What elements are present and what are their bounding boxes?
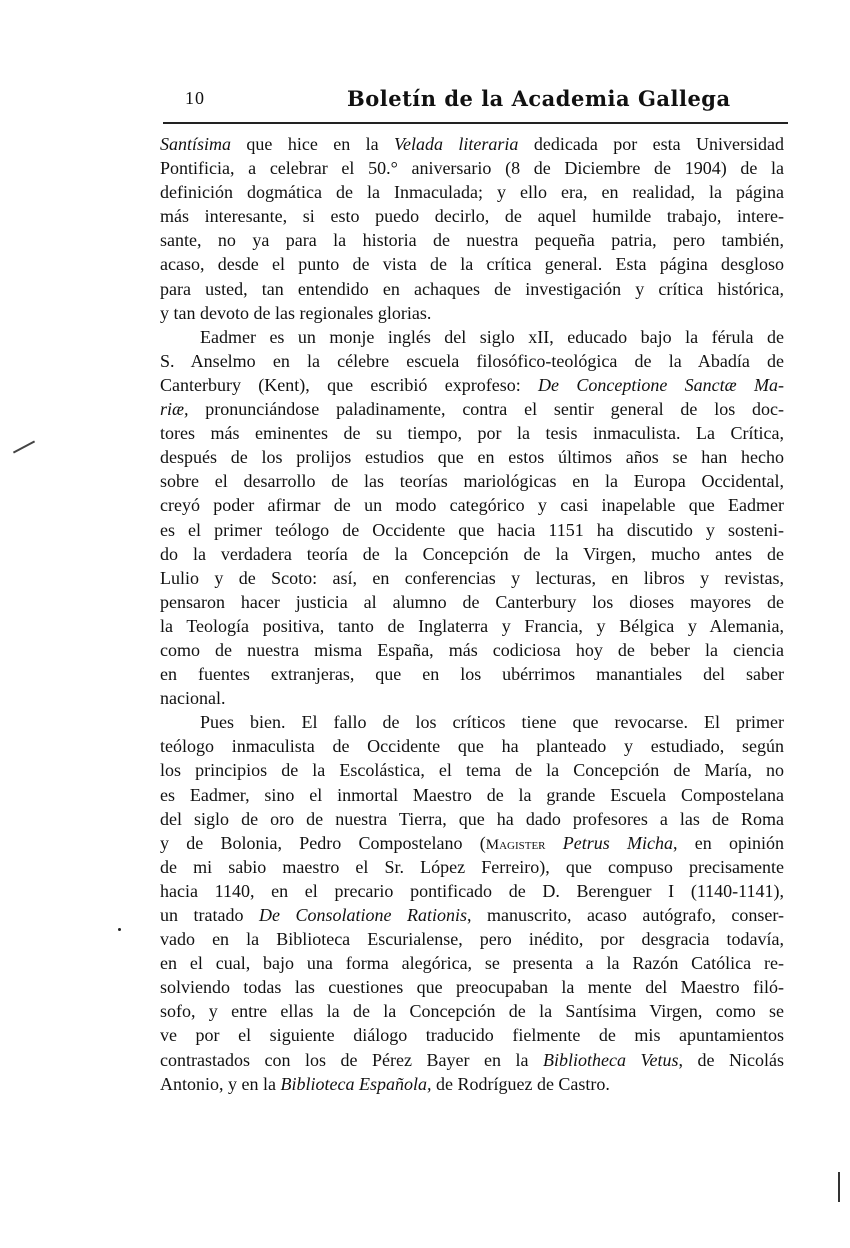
text-segment: como de nuestra misma España, más codici…: [160, 640, 784, 660]
text-segment: de mi sabio maestro el Sr. López Ferreir…: [160, 857, 784, 877]
text-line: en el cual, bajo una forma alegórica, se…: [160, 951, 784, 975]
text-segment: pronunciándose paladinamente, contra el …: [189, 399, 784, 419]
text-line: acaso, desde el punto de vista de la crí…: [160, 252, 784, 276]
text-segment: más interesante, si esto puedo decirlo, …: [160, 206, 784, 226]
text-line: do la verdadera teoría de la Concepción …: [160, 542, 784, 566]
text-segment: sante, no ya para la historia de nuestra…: [160, 230, 784, 250]
text-segment: de Rodríguez de Castro.: [431, 1074, 609, 1094]
text-segment: es el primer teólogo de Occidente que ha…: [160, 520, 784, 540]
text-segment: definición dogmática de la Inmaculada; y…: [160, 182, 784, 202]
text-segment: contrastados con los de Pérez Bayer en l…: [160, 1050, 543, 1070]
text-segment: es Eadmer, sino el inmortal Maestro de l…: [160, 785, 784, 805]
italic-text: Santísima: [160, 134, 231, 154]
page-header: 10 Boletín de la Academia Gallega: [163, 86, 788, 118]
text-segment: del siglo de oro de nuestra Tierra, que …: [160, 809, 784, 829]
text-line: y de Bolonia, Pedro Compostelano (Magist…: [160, 831, 784, 855]
text-line: en fuentes extranjeras, que en los ubérr…: [160, 662, 784, 686]
text-line: solviendo todas las cuestiones que preoc…: [160, 975, 784, 999]
text-line: después de los prolijos estudios que en …: [160, 445, 784, 469]
text-line: S. Anselmo en la célebre escuela filosóf…: [160, 349, 784, 373]
text-segment: Eadmer es un monje inglés del siglo xII,…: [200, 327, 784, 347]
text-segment: Pontificia, a celebrar el 50.° aniversar…: [160, 158, 784, 178]
text-line: más interesante, si esto puedo decirlo, …: [160, 204, 784, 228]
text-line: Antonio, y en la Biblioteca Española, de…: [160, 1072, 784, 1096]
text-segment: Antonio, y en la: [160, 1074, 280, 1094]
text-line: creyó poder afirmar de un modo categóric…: [160, 493, 784, 517]
margin-scan-mark: [13, 440, 35, 453]
text-line: de mi sabio maestro el Sr. López Ferreir…: [160, 855, 784, 879]
text-line: es el primer teólogo de Occidente que ha…: [160, 518, 784, 542]
italic-text: Petrus Micha: [563, 833, 673, 853]
text-segment: después de los prolijos estudios que en …: [160, 447, 784, 467]
text-line: Pues bien. El fallo de los críticos tien…: [160, 710, 784, 734]
text-line: del siglo de oro de nuestra Tierra, que …: [160, 807, 784, 831]
text-segment: tores más eminentes de su tiempo, por la…: [160, 423, 784, 443]
text-line: es Eadmer, sino el inmortal Maestro de l…: [160, 783, 784, 807]
text-line: la Teología positiva, tanto de Inglaterr…: [160, 614, 784, 638]
text-segment: los principios de la Escolástica, el tem…: [160, 760, 784, 780]
text-segment: sofo, y entre ellas la de la Concepción …: [160, 1001, 784, 1021]
text-line: los principios de la Escolástica, el tem…: [160, 758, 784, 782]
running-title: Boletín de la Academia Gallega: [347, 86, 731, 111]
text-line: Canterbury (Kent), que escribió exprofes…: [160, 373, 784, 397]
text-segment: solviendo todas las cuestiones que preoc…: [160, 977, 784, 997]
text-segment: , manuscrito, acaso autógrafo, conser-: [467, 905, 784, 925]
text-line: y tan devoto de las regionales glorias.: [160, 301, 784, 325]
body-text: Santísima que hice en la Velada literari…: [160, 132, 784, 1096]
header-rule: [163, 122, 788, 124]
text-segment: en el cual, bajo una forma alegórica, se…: [160, 953, 784, 973]
italic-text: Bibliotheca Vetus: [543, 1050, 679, 1070]
text-segment: Pues bien. El fallo de los críticos tien…: [200, 712, 784, 732]
italic-text: De Consolatione Rationis: [259, 905, 467, 925]
page-number: 10: [185, 88, 205, 109]
text-segment: nacional.: [160, 688, 225, 708]
text-segment: sobre el desarrollo de las teorías mario…: [160, 471, 784, 491]
text-segment: , de Nicolás: [679, 1050, 785, 1070]
text-segment: S. Anselmo en la célebre escuela filosóf…: [160, 351, 784, 371]
italic-text: riæ,: [160, 399, 189, 419]
text-line: ve por el siguiente diálogo traducido fi…: [160, 1023, 784, 1047]
text-line: tores más eminentes de su tiempo, por la…: [160, 421, 784, 445]
text-segment: y de Bolonia, Pedro Compostelano (: [160, 833, 486, 853]
text-segment: Canterbury (Kent), que escribió exprofes…: [160, 375, 538, 395]
text-line: para usted, tan entendido en achaques de…: [160, 277, 784, 301]
text-segment: pensaron hacer justicia al alumno de Can…: [160, 592, 784, 612]
text-line: riæ, pronunciándose paladinamente, contr…: [160, 397, 784, 421]
text-segment: , en opinión: [673, 833, 784, 853]
text-segment: [546, 833, 563, 853]
text-line: sobre el desarrollo de las teorías mario…: [160, 469, 784, 493]
edge-scan-mark: [838, 1172, 840, 1202]
text-line: pensaron hacer justicia al alumno de Can…: [160, 590, 784, 614]
text-segment: ve por el siguiente diálogo traducido fi…: [160, 1025, 784, 1045]
text-segment: acaso, desde el punto de vista de la crí…: [160, 254, 784, 274]
text-segment: Magister: [486, 837, 546, 853]
text-line: hacia 1140, en el precario pontificado d…: [160, 879, 784, 903]
text-segment: un tratado: [160, 905, 259, 925]
italic-text: Velada literaria: [394, 134, 518, 154]
text-segment: do la verdadera teoría de la Concepción …: [160, 544, 784, 564]
italic-text: De Conceptione Sanctæ Ma-: [538, 375, 784, 395]
text-segment: hacia 1140, en el precario pontificado d…: [160, 881, 784, 901]
text-segment: creyó poder afirmar de un modo categóric…: [160, 495, 784, 515]
text-segment: vado en la Biblioteca Escurialense, pero…: [160, 929, 784, 949]
text-line: contrastados con los de Pérez Bayer en l…: [160, 1048, 784, 1072]
text-segment: dedicada por esta Universidad: [518, 134, 784, 154]
text-line: sante, no ya para la historia de nuestra…: [160, 228, 784, 252]
text-segment: para usted, tan entendido en achaques de…: [160, 279, 784, 299]
text-segment: teólogo inmaculista de Occidente que ha …: [160, 736, 784, 756]
text-line: como de nuestra misma España, más codici…: [160, 638, 784, 662]
text-segment: que hice en la: [231, 134, 394, 154]
margin-scan-dot: [118, 928, 121, 931]
text-line: teólogo inmaculista de Occidente que ha …: [160, 734, 784, 758]
text-line: definición dogmática de la Inmaculada; y…: [160, 180, 784, 204]
text-line: un tratado De Consolatione Rationis, man…: [160, 903, 784, 927]
text-segment: y tan devoto de las regionales glorias.: [160, 303, 431, 323]
italic-text: Biblioteca Española,: [280, 1074, 431, 1094]
text-line: Lulio y de Scoto: así, en conferencias y…: [160, 566, 784, 590]
text-segment: la Teología positiva, tanto de Inglaterr…: [160, 616, 784, 636]
text-line: sofo, y entre ellas la de la Concepción …: [160, 999, 784, 1023]
text-segment: en fuentes extranjeras, que en los ubérr…: [160, 664, 784, 684]
text-line: Eadmer es un monje inglés del siglo xII,…: [160, 325, 784, 349]
text-line: nacional.: [160, 686, 784, 710]
text-line: Santísima que hice en la Velada literari…: [160, 132, 784, 156]
text-line: vado en la Biblioteca Escurialense, pero…: [160, 927, 784, 951]
text-line: Pontificia, a celebrar el 50.° aniversar…: [160, 156, 784, 180]
text-segment: Lulio y de Scoto: así, en conferencias y…: [160, 568, 784, 588]
